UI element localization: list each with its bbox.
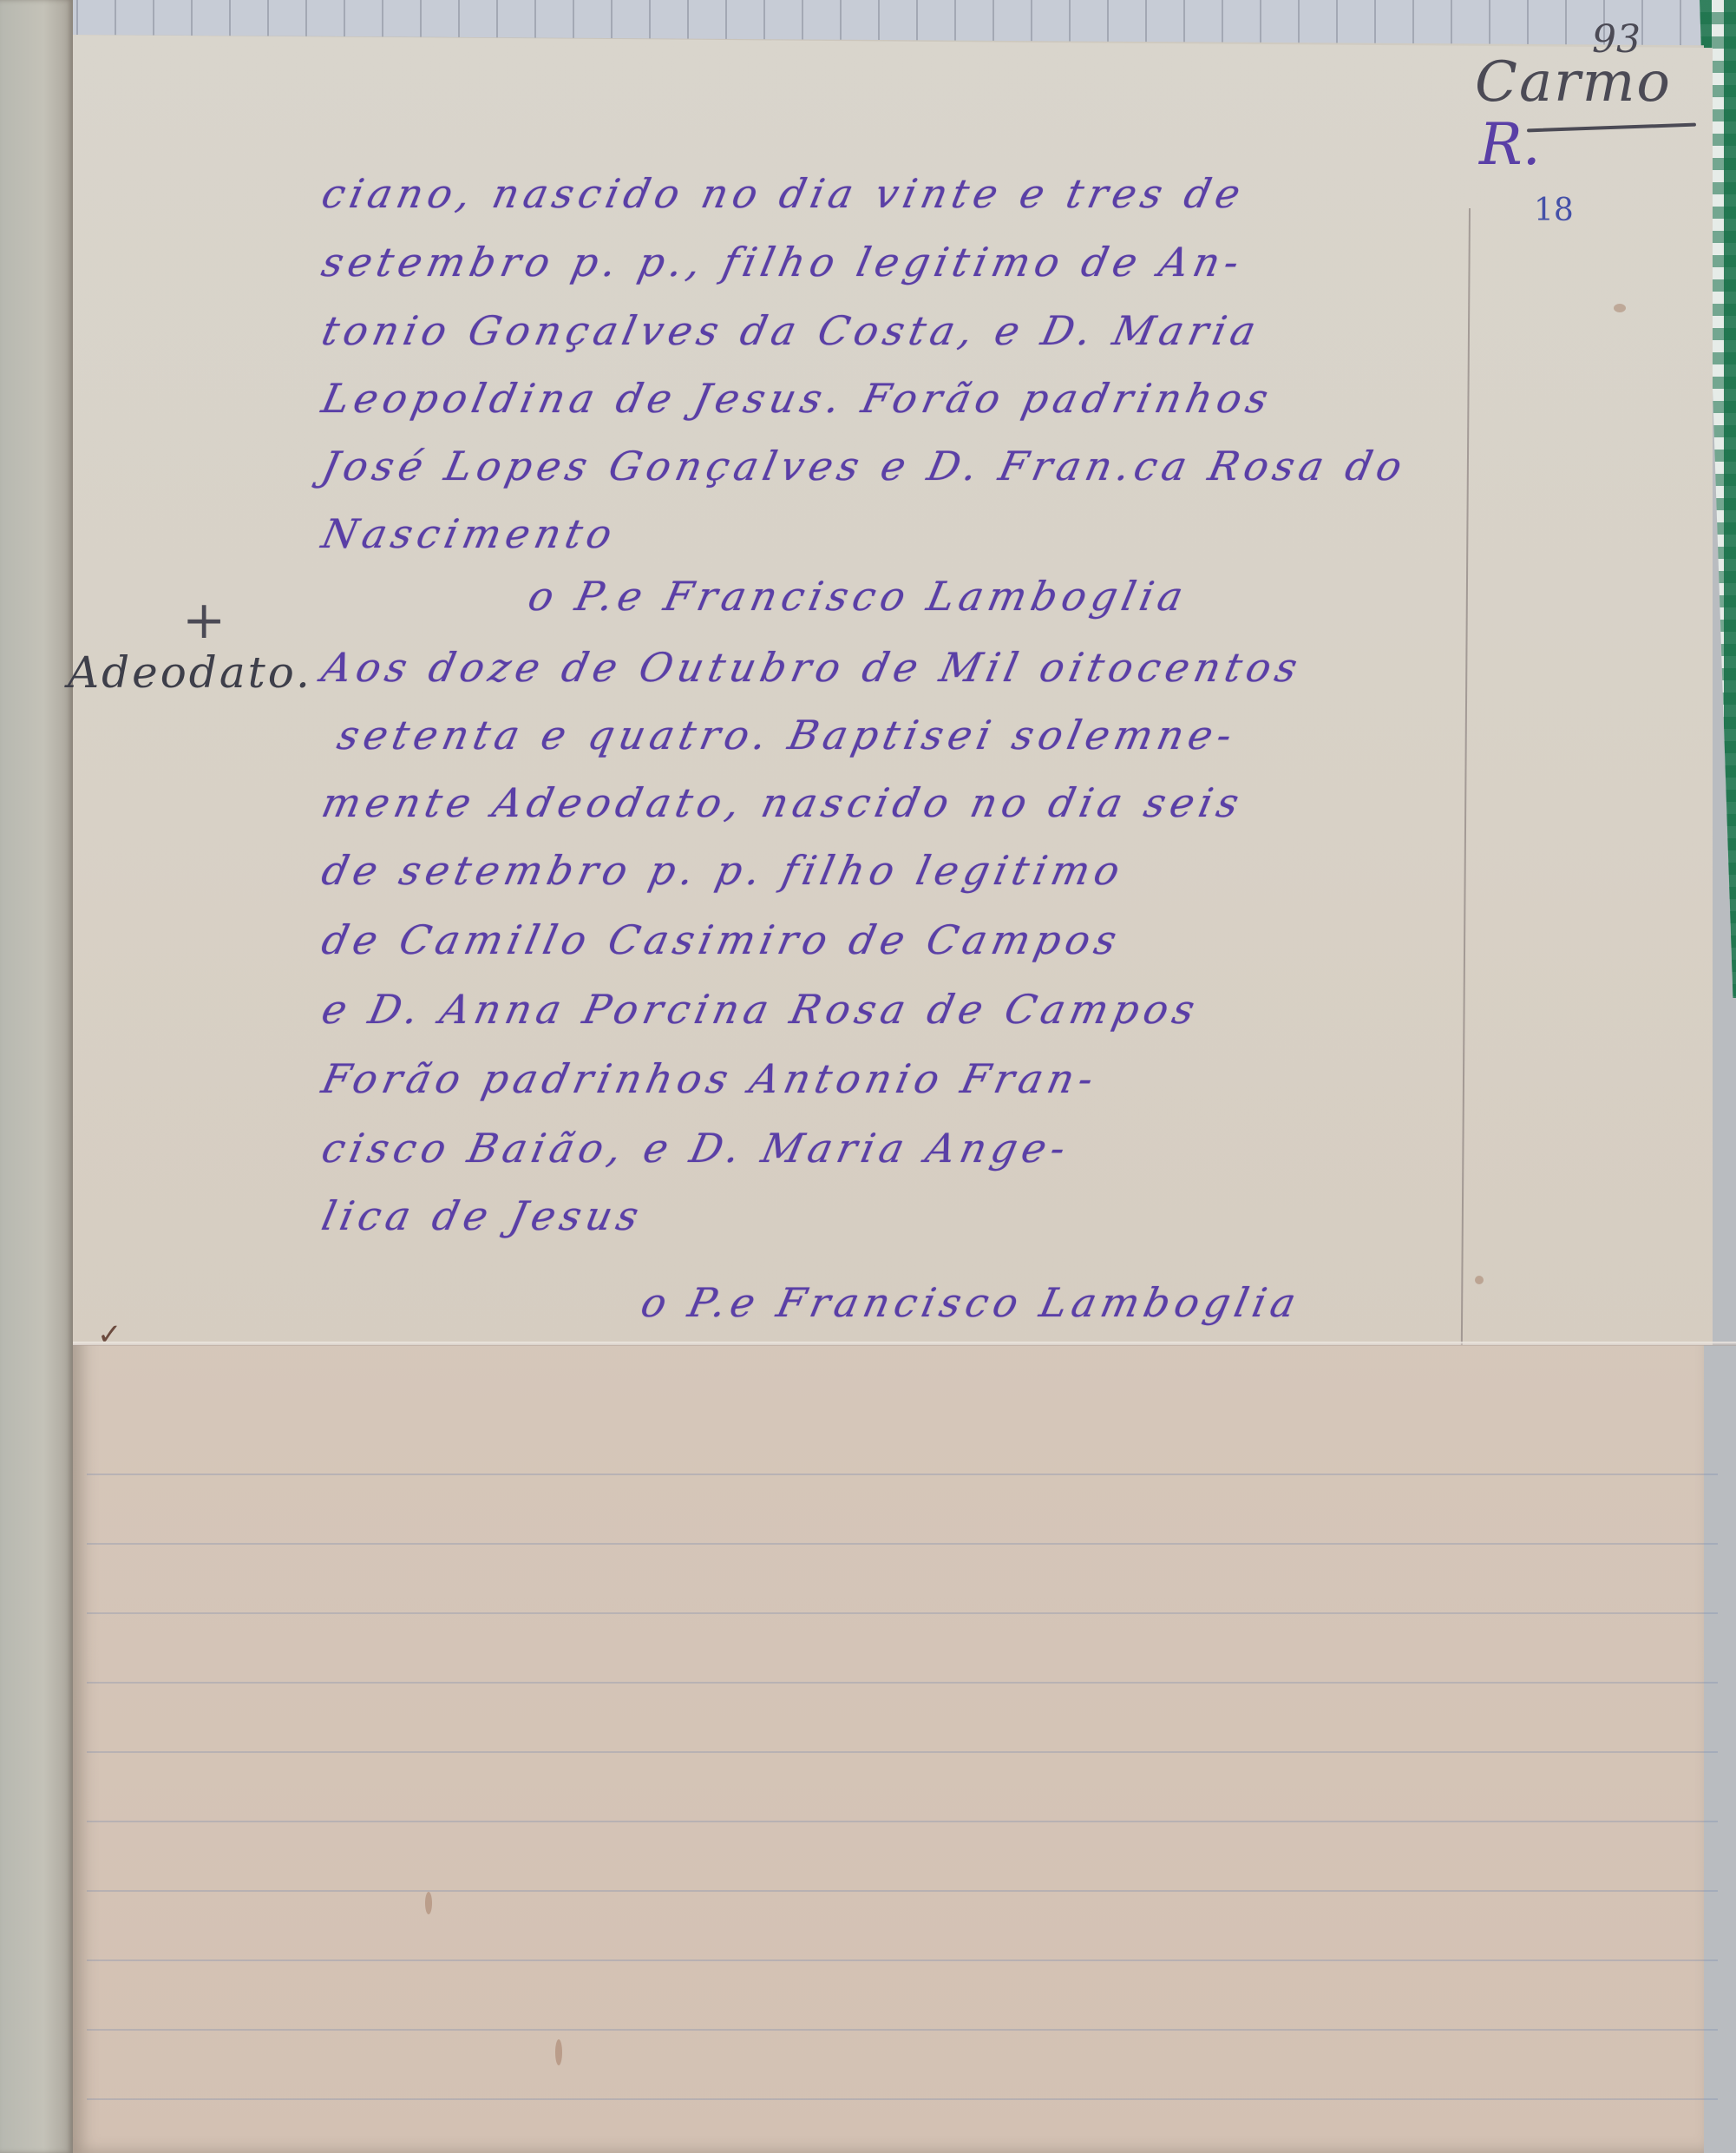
- paper-stain: [1614, 304, 1626, 312]
- parish-name: Carmo: [1475, 50, 1672, 115]
- cross-mark-icon: +: [182, 590, 226, 651]
- entry-line: Nascimento: [318, 510, 621, 557]
- entry-line: ciano, nascido no dia vinte e tres de: [318, 170, 1249, 217]
- priest-signature: o P.e Francisco Lamboglia: [637, 1279, 1305, 1326]
- entry-line: José Lopes Gonçalves e D. Fran.ca Rosa d…: [318, 443, 1411, 489]
- ruled-lines-lower: [87, 1406, 1718, 2152]
- entry-line: Forão padrinhos Antonio Fran-: [318, 1055, 1103, 1102]
- previous-page-edge: [0, 0, 73, 2153]
- entry-line: tonio Gonçalves da Costa, e D. Maria: [318, 307, 1265, 354]
- margin-baptized-name: Adeodato.: [68, 647, 312, 698]
- paper-stain: [425, 1892, 432, 1914]
- entry-line: e D. Anna Porcina Rosa de Campos: [318, 986, 1204, 1033]
- entry-line: de setembro p. p. filho legitimo: [318, 847, 1129, 894]
- entry-line: setenta e quatro. Baptisei solemne-: [333, 712, 1241, 758]
- entry-line: mente Adeodato, nascido no dia seis: [318, 779, 1248, 826]
- register-letter: R.: [1479, 111, 1541, 178]
- entry-line: lica de Jesus: [318, 1192, 648, 1239]
- entry-line: cisco Baião, e D. Maria Ange-: [318, 1125, 1075, 1172]
- entry-line: de Camillo Casimiro de Campos: [318, 916, 1125, 963]
- entry-line: Leopoldina de Jesus. Forão padrinhos: [318, 375, 1277, 422]
- paper-stain: [1475, 1276, 1484, 1284]
- folio-number: 18: [1534, 193, 1574, 228]
- paper-stain: [555, 2039, 562, 2065]
- priest-signature: o P.e Francisco Lamboglia: [524, 573, 1192, 620]
- entry-line: setembro p. p., filho legitimo de An-: [318, 239, 1248, 286]
- entry-line: Aos doze de Outubro de Mil oitocentos: [318, 644, 1307, 691]
- check-mark-icon: ✓: [97, 1317, 122, 1352]
- sheet-fold-edge: [73, 1342, 1736, 1346]
